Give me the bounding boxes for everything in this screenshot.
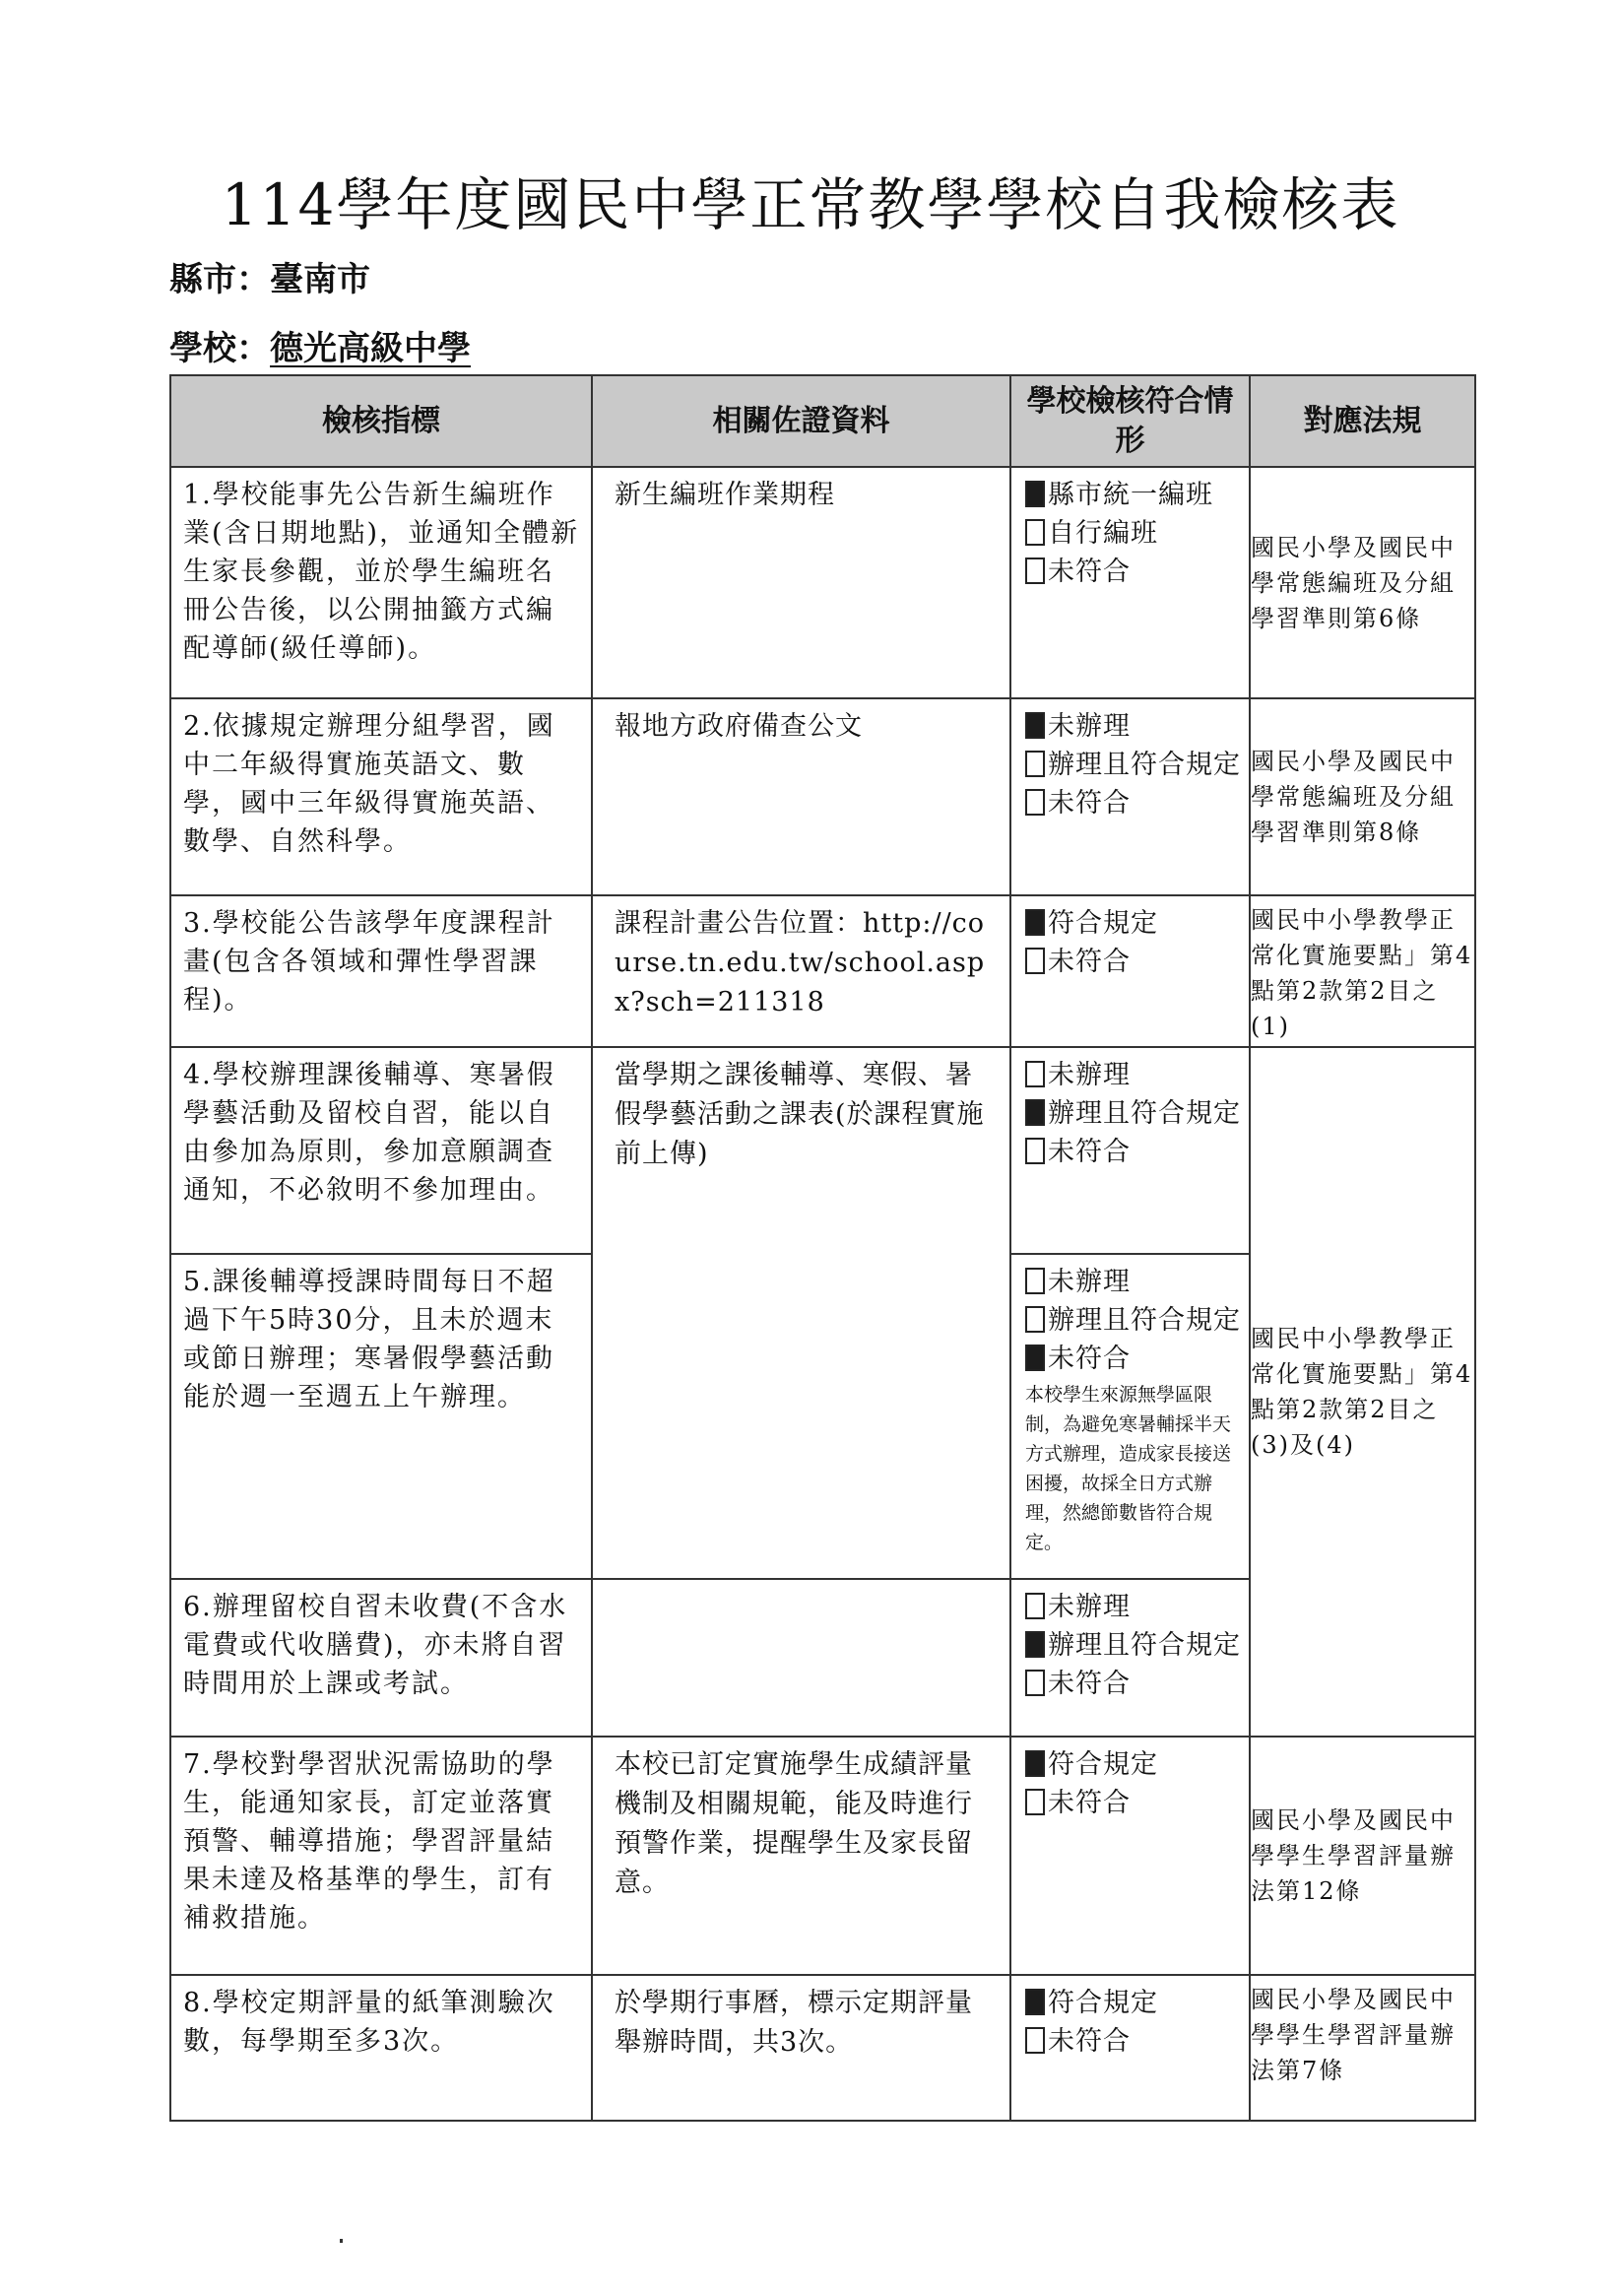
evidence-text: 本校已訂定實施學生成績評量機制及相關規範，能及時進行預警作業，提醒學生及家長留意… <box>593 1738 1009 1909</box>
evidence-text: 報地方政府備查公文 <box>593 699 1009 753</box>
county-label: 縣市： <box>169 260 270 299</box>
option-held-compliant[interactable]: 辦理且符合規定 <box>1025 1301 1243 1340</box>
table-row: 4.學校辦理課後輔導、寒暑假學藝活動及留校自習，能以自由參加為原則，參加意願調查… <box>170 1047 1475 1254</box>
table-row: 1.學校能事先公告新生編班作業(含日期地點)，並通知全體新生家長參觀，並於學生編… <box>170 467 1475 698</box>
checked-box-icon <box>1025 909 1045 936</box>
option-held-compliant[interactable]: 辦理且符合規定 <box>1025 1094 1243 1133</box>
evidence-text: 當學期之課後輔導、寒假、暑假學藝活動之課表(於課程實施前上傳) <box>593 1048 1009 1180</box>
indicator-cell: 8.學校定期評量的紙筆測驗次數，每學期至多3次。 <box>170 1975 592 2121</box>
option-label: 自行編班 <box>1048 518 1158 549</box>
indicator-text: 3.學校能公告該學年度課程計畫(包含各領域和彈性學習課程)。 <box>171 896 591 1025</box>
option-not-held[interactable]: 未辦理 <box>1025 1588 1243 1626</box>
unchecked-box-icon <box>1025 558 1045 584</box>
school-label: 學校： <box>169 329 270 368</box>
table-row: 8.學校定期評量的紙筆測驗次數，每學期至多3次。 於學期行事曆，標示定期評量舉辦… <box>170 1975 1475 2121</box>
option-noncompliant[interactable]: 未符合 <box>1025 1665 1243 1703</box>
unchecked-box-icon <box>1025 2027 1045 2054</box>
option-noncompliant[interactable]: 未符合 <box>1025 2022 1243 2061</box>
option-label: 符合規定 <box>1048 908 1158 939</box>
unchecked-box-icon <box>1025 751 1045 777</box>
option-label: 辦理且符合規定 <box>1048 1305 1241 1336</box>
status-cell: 符合規定 未符合 <box>1010 1975 1250 2121</box>
evidence-cell: 本校已訂定實施學生成績評量機制及相關規範，能及時進行預警作業，提醒學生及家長留意… <box>592 1737 1010 1975</box>
option-label: 縣市統一編班 <box>1048 480 1213 510</box>
option-not-held[interactable]: 未辦理 <box>1025 1263 1243 1301</box>
checked-box-icon <box>1025 712 1045 739</box>
header-law: 對應法規 <box>1250 375 1475 467</box>
header-evidence: 相關佐證資料 <box>592 375 1010 467</box>
option-compliant[interactable]: 符合規定 <box>1025 904 1243 943</box>
status-options: 符合規定 未符合 <box>1011 1738 1249 1828</box>
option-noncompliant[interactable]: 未符合 <box>1025 943 1243 981</box>
status-options: 未辦理 辦理且符合規定 未符合 <box>1011 699 1249 828</box>
option-label: 未符合 <box>1048 1137 1131 1167</box>
option-label: 未辦理 <box>1048 711 1131 742</box>
status-options: 縣市統一編班 自行編班 未符合 <box>1011 468 1249 597</box>
law-cell: 國民小學及國民中學學生學習評量辦法第7條 <box>1250 1975 1475 2121</box>
option-noncompliant[interactable]: 未符合 <box>1025 1784 1243 1822</box>
evidence-cell <box>592 1579 1010 1737</box>
unchecked-box-icon <box>1025 1670 1045 1696</box>
status-cell: 未辦理 辦理且符合規定 未符合 本校學生來源無學區限制，為避免寒暑輔採半天方式辦… <box>1010 1254 1250 1579</box>
table-row: 2.依據規定辦理分組學習，國中二年級得實施英語文、數學，國中三年級得實施英語、數… <box>170 698 1475 895</box>
status-options: 未辦理 辦理且符合規定 未符合 <box>1011 1580 1249 1709</box>
status-options: 符合規定 未符合 <box>1011 1976 1249 2066</box>
header-status-label: 學校檢核符合情形 <box>1027 384 1234 458</box>
law-cell: 國民小學及國民中學常態編班及分組學習準則第8條 <box>1250 698 1475 895</box>
county-value: 臺南市 <box>270 260 370 299</box>
unchecked-box-icon <box>1025 1306 1045 1333</box>
indicator-text: 1.學校能事先公告新生編班作業(含日期地點)，並通知全體新生家長參觀，並於學生編… <box>171 468 591 674</box>
indicator-text: 4.學校辦理課後輔導、寒暑假學藝活動及留校自習，能以自由參加為原則，參加意願調查… <box>171 1048 591 1215</box>
option-not-held[interactable]: 未辦理 <box>1025 1056 1243 1094</box>
option-compliant[interactable]: 符合規定 <box>1025 1745 1243 1784</box>
option-noncompliant[interactable]: 未符合 <box>1025 784 1243 822</box>
unchecked-box-icon <box>1025 1268 1045 1294</box>
unchecked-box-icon <box>1025 1061 1045 1087</box>
option-noncompliant[interactable]: 未符合 <box>1025 553 1243 591</box>
option-label: 未辦理 <box>1048 1592 1131 1622</box>
evidence-text: 課程計畫公告位置：http://course.tn.edu.tw/school.… <box>593 896 1009 1028</box>
option-label: 符合規定 <box>1048 1988 1158 2018</box>
document-title: 114學年度國民中學正常教學學校自我檢核表 <box>0 165 1621 244</box>
unchecked-box-icon <box>1025 519 1045 546</box>
indicator-text: 8.學校定期評量的紙筆測驗次數，每學期至多3次。 <box>171 1976 591 2066</box>
checked-box-icon <box>1025 481 1045 507</box>
option-label: 未符合 <box>1048 1788 1131 1818</box>
checked-box-icon <box>1025 1099 1045 1126</box>
indicator-cell: 6.辦理留校自習未收費(不含水電費或代收膳費)，亦未將自習時間用於上課或考試。 <box>170 1579 592 1737</box>
option-compliant[interactable]: 符合規定 <box>1025 1984 1243 2022</box>
unchecked-box-icon <box>1025 1593 1045 1619</box>
option-label: 辦理且符合規定 <box>1048 1098 1241 1129</box>
option-noncompliant[interactable]: 未符合 <box>1025 1133 1243 1171</box>
status-cell: 未辦理 辦理且符合規定 未符合 <box>1010 1579 1250 1737</box>
indicator-cell: 3.學校能公告該學年度課程計畫(包含各領域和彈性學習課程)。 <box>170 895 592 1047</box>
indicator-text: 7.學校對學習狀況需協助的學生，能通知家長，訂定並落實預警、輔導措施；學習評量結… <box>171 1738 591 1943</box>
indicator-text: 2.依據規定辦理分組學習，國中二年級得實施英語文、數學，國中三年級得實施英語、數… <box>171 699 591 867</box>
option-label: 未辦理 <box>1048 1060 1131 1090</box>
status-cell: 未辦理 辦理且符合規定 未符合 <box>1010 698 1250 895</box>
unchecked-box-icon <box>1025 1789 1045 1815</box>
county-line: 縣市：臺南市 <box>169 258 370 301</box>
option-county-unified[interactable]: 縣市統一編班 <box>1025 476 1243 514</box>
evidence-text: 於學期行事曆，標示定期評量舉辦時間，共3次。 <box>593 1976 1009 2068</box>
option-label: 未符合 <box>1048 557 1131 587</box>
option-label: 辦理且符合規定 <box>1048 750 1241 780</box>
evidence-cell: 當學期之課後輔導、寒假、暑假學藝活動之課表(於課程實施前上傳) <box>592 1047 1010 1579</box>
option-label: 未符合 <box>1048 947 1131 977</box>
option-held-compliant[interactable]: 辦理且符合規定 <box>1025 746 1243 784</box>
indicator-cell: 1.學校能事先公告新生編班作業(含日期地點)，並通知全體新生家長參觀，並於學生編… <box>170 467 592 698</box>
self-check-table: 檢核指標 相關佐證資料 學校檢核符合情形 對應法規 1.學校能事先公告新生編班作… <box>169 374 1476 2122</box>
law-cell: 國民中小學教學正常化實施要點」第4點第2款第2目之(3)及(4) <box>1250 1047 1475 1737</box>
indicator-text: 6.辦理留校自習未收費(不含水電費或代收膳費)，亦未將自習時間用於上課或考試。 <box>171 1580 591 1709</box>
law-cell: 國民小學及國民中學學生學習評量辦法第12條 <box>1250 1737 1475 1975</box>
checked-box-icon <box>1025 1345 1045 1371</box>
table-row: 7.學校對學習狀況需協助的學生，能通知家長，訂定並落實預警、輔導措施；學習評量結… <box>170 1737 1475 1975</box>
indicator-cell: 4.學校辦理課後輔導、寒暑假學藝活動及留校自習，能以自由參加為原則，參加意願調查… <box>170 1047 592 1254</box>
option-label: 未符合 <box>1048 1669 1131 1699</box>
school-value: 德光高級中學 <box>270 329 471 368</box>
evidence-text: 新生編班作業期程 <box>593 468 1009 521</box>
evidence-cell: 於學期行事曆，標示定期評量舉辦時間，共3次。 <box>592 1975 1010 2121</box>
checked-box-icon <box>1025 1631 1045 1658</box>
checked-box-icon <box>1025 1989 1045 2015</box>
evidence-text <box>593 1580 1009 1594</box>
table-header-row: 檢核指標 相關佐證資料 學校檢核符合情形 對應法規 <box>170 375 1475 467</box>
indicator-text: 5.課後輔導授課時間每日不超過下午5時30分，且未於週末或節日辦理；寒暑假學藝活… <box>171 1255 591 1422</box>
option-label: 辦理且符合規定 <box>1048 1630 1241 1661</box>
status-note: 本校學生來源無學區限制，為避免寒暑輔採半天方式辦理，造成家長接送困擾，故採全日方… <box>1025 1380 1243 1557</box>
school-line: 學校：德光高級中學 <box>169 327 471 370</box>
checked-box-icon <box>1025 1750 1045 1777</box>
unchecked-box-icon <box>1025 1138 1045 1164</box>
status-cell: 符合規定 未符合 <box>1010 895 1250 1047</box>
option-label: 符合規定 <box>1048 1749 1158 1780</box>
status-cell: 縣市統一編班 自行編班 未符合 <box>1010 467 1250 698</box>
unchecked-box-icon <box>1025 789 1045 816</box>
evidence-cell: 課程計畫公告位置：http://course.tn.edu.tw/school.… <box>592 895 1010 1047</box>
header-status: 學校檢核符合情形 <box>1010 375 1250 467</box>
unchecked-box-icon <box>1025 948 1045 974</box>
option-label: 未符合 <box>1048 788 1131 819</box>
indicator-cell: 2.依據規定辦理分組學習，國中二年級得實施英語文、數學，國中三年級得實施英語、數… <box>170 698 592 895</box>
status-options: 未辦理 辦理且符合規定 未符合 本校學生來源無學區限制，為避免寒暑輔採半天方式辦… <box>1011 1255 1249 1563</box>
option-label: 未符合 <box>1048 1344 1131 1374</box>
law-cell: 國民中小學教學正常化實施要點」第4點第2款第2目之(1) <box>1250 895 1475 1047</box>
evidence-cell: 報地方政府備查公文 <box>592 698 1010 895</box>
evidence-cell: 新生編班作業期程 <box>592 467 1010 698</box>
status-cell: 符合規定 未符合 <box>1010 1737 1250 1975</box>
indicator-cell: 7.學校對學習狀況需協助的學生，能通知家長，訂定並落實預警、輔導措施；學習評量結… <box>170 1737 592 1975</box>
option-not-held[interactable]: 未辦理 <box>1025 707 1243 746</box>
scan-speck <box>340 2239 343 2243</box>
indicator-cell: 5.課後輔導授課時間每日不超過下午5時30分，且未於週末或節日辦理；寒暑假學藝活… <box>170 1254 592 1579</box>
header-indicator: 檢核指標 <box>170 375 592 467</box>
option-label: 未辦理 <box>1048 1267 1131 1297</box>
option-self-arranged[interactable]: 自行編班 <box>1025 514 1243 553</box>
status-options: 符合規定 未符合 <box>1011 896 1249 987</box>
law-cell: 國民小學及國民中學常態編班及分組學習準則第6條 <box>1250 467 1475 698</box>
option-label: 未符合 <box>1048 2026 1131 2057</box>
option-held-compliant[interactable]: 辦理且符合規定 <box>1025 1626 1243 1665</box>
status-options: 未辦理 辦理且符合規定 未符合 <box>1011 1048 1249 1177</box>
status-cell: 未辦理 辦理且符合規定 未符合 <box>1010 1047 1250 1254</box>
table-row: 3.學校能公告該學年度課程計畫(包含各領域和彈性學習課程)。 課程計畫公告位置：… <box>170 895 1475 1047</box>
option-noncompliant[interactable]: 未符合 <box>1025 1340 1243 1378</box>
